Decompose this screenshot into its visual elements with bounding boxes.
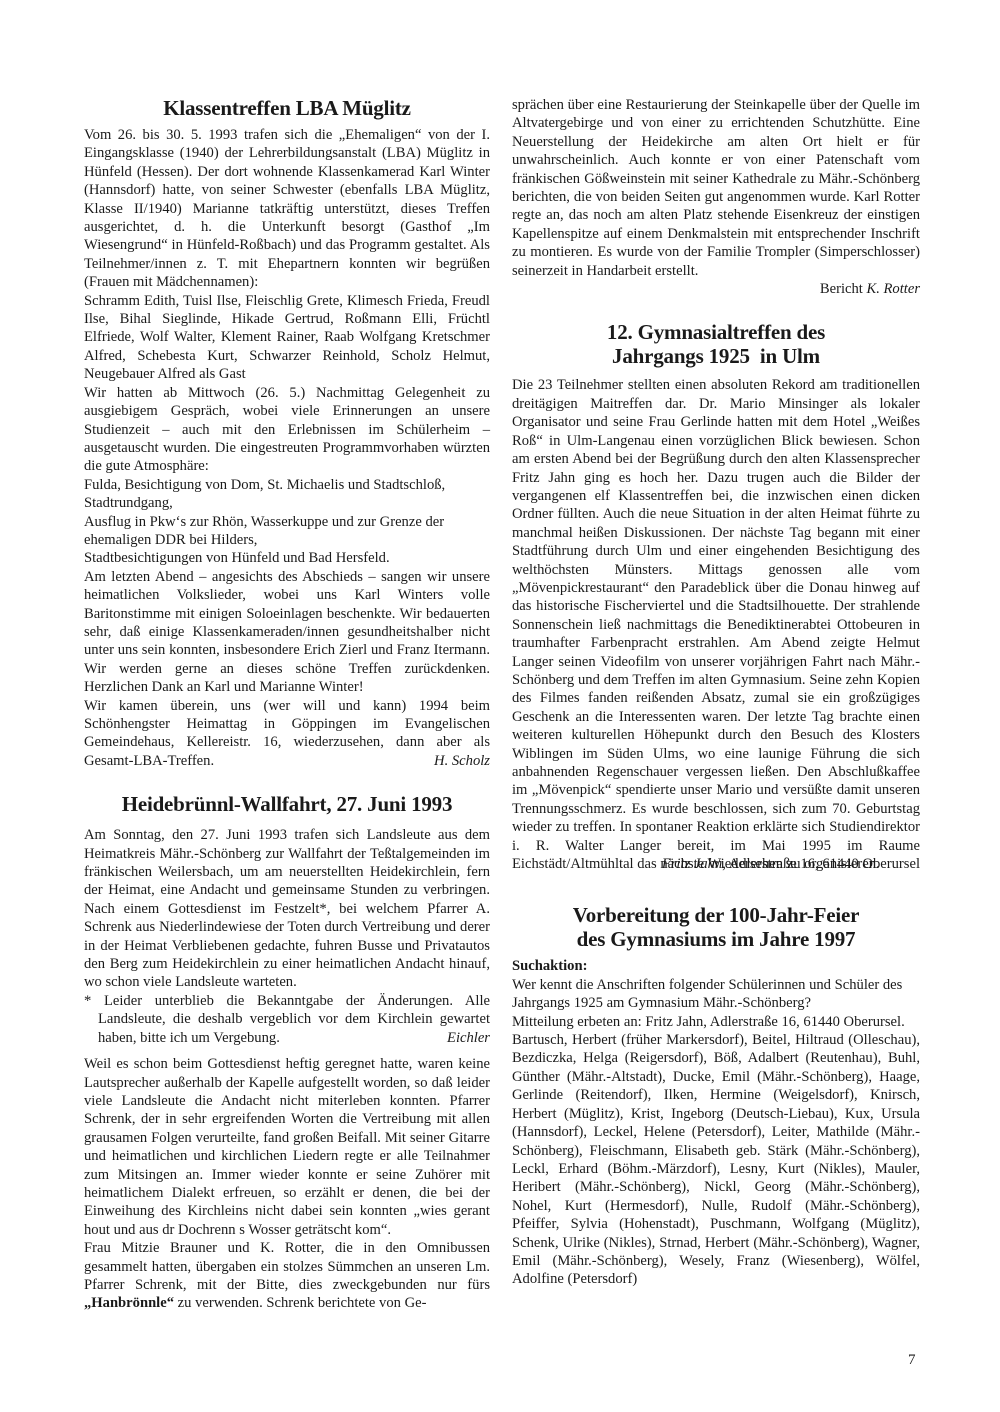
article-title: 12. Gymnasialtreffen des Jahrgangs 1925 … (512, 320, 920, 368)
article-title: Vorbereitung der 100-Jahr-Feier des Gymn… (512, 903, 920, 951)
paragraph: Weil es schon beim Gottesdienst heftig g… (84, 1055, 490, 1239)
article-wallfahrt: Heidebrünnl-Wallfahrt, 27. Juni 1993 Am … (84, 792, 490, 1313)
article-wallfahrt-continued: sprächen über eine Restaurierung der Ste… (512, 96, 920, 298)
paragraph: Am Sonntag, den 27. Juni 1993 trafen sic… (84, 826, 490, 992)
left-column: Klassentreffen LBA Müglitz Vom 26. bis 3… (84, 96, 490, 1313)
contact-info: Mitteilung erbeten an: Fritz Jahn, Adler… (512, 1013, 920, 1031)
paragraph-text: Wir kamen überein, uns (wer will und kan… (84, 698, 490, 769)
author-prefix: Bericht (820, 281, 867, 297)
title-line-1: Vorbereitung der 100-Jahr-Feier (573, 903, 860, 927)
article-title: Heidebrünnl-Wallfahrt, 27. Juni 1993 (84, 792, 490, 816)
program-item: Ausflug in Pkw‘s zur Rhön, Wasserkuppe u… (84, 513, 490, 550)
title-line-1: 12. Gymnasialtreffen des (607, 320, 825, 344)
paragraph: Frau Mitzie Brauner und K. Rotter, die i… (84, 1239, 490, 1313)
document-page: Klassentreffen LBA Müglitz Vom 26. bis 3… (0, 0, 1000, 1412)
paragraph: Die 23 Teilnehmer stellten einen absolut… (512, 376, 920, 873)
emphasis-hanbroennle: „Hanbrönnle“ (84, 1295, 174, 1311)
author-signature: H. Scholz (434, 752, 490, 770)
footnote: * Leider unterblieb die Bekanntgabe der … (84, 992, 490, 1047)
article-jahrfeier: Vorbereitung der 100-Jahr-Feier des Gymn… (512, 903, 920, 1288)
participant-list: Schramm Edith, Tuisl Ilse, Fleischlig Gr… (84, 292, 490, 384)
title-line-2: Jahrgangs 1925 in Ulm (612, 344, 820, 368)
paragraph-text: Frau Mitzie Brauner und K. Rotter, die i… (84, 1240, 490, 1293)
footnote-text: * Leider unterblieb die Bekanntgabe der … (84, 993, 490, 1046)
paragraph: Am letzten Abend – angesichts des Abschi… (84, 568, 490, 697)
article-title: Klassentreffen LBA Müglitz (84, 96, 490, 120)
article-gymnasialtreffen: 12. Gymnasialtreffen des Jahrgangs 1925 … (512, 320, 920, 873)
paragraph: Wir hatten ab Mittwoch (26. 5.) Nachmitt… (84, 384, 490, 476)
author-signature: Bericht K. Rotter (512, 280, 920, 298)
page-number: 7 (908, 1352, 916, 1369)
subheading: Suchaktion: (512, 957, 920, 975)
author-name: K. Rotter (866, 281, 920, 297)
search-list: Bartusch, Herbert (früher Markersdorf), … (512, 1031, 920, 1289)
paragraph: Wir kamen überein, uns (wer will und kan… (84, 697, 490, 771)
right-column: sprächen über eine Restaurierung der Ste… (512, 96, 920, 1289)
footnote-author: Eichler (461, 1029, 490, 1047)
paragraph-text: zu verwenden. Schrenk berichtete von Ge- (174, 1295, 426, 1311)
author-name: Fritz Jahn (662, 856, 722, 872)
paragraph: sprächen über eine Restaurierung der Ste… (512, 96, 920, 280)
program-item: Stadtbesichtigungen von Hünfeld und Bad … (84, 549, 490, 567)
program-item: Fulda, Besichtigung von Dom, St. Michael… (84, 476, 490, 513)
author-address: , Adlerstraße 16, 61440 Oberursel (722, 856, 920, 872)
title-line-2: des Gymnasiums im Jahre 1997 (577, 927, 856, 951)
paragraph: Vom 26. bis 30. 5. 1993 trafen sich die … (84, 126, 490, 292)
paragraph: Wer kennt die Anschriften folgender Schü… (512, 976, 920, 1013)
article-klassentreffen: Klassentreffen LBA Müglitz Vom 26. bis 3… (84, 96, 490, 770)
